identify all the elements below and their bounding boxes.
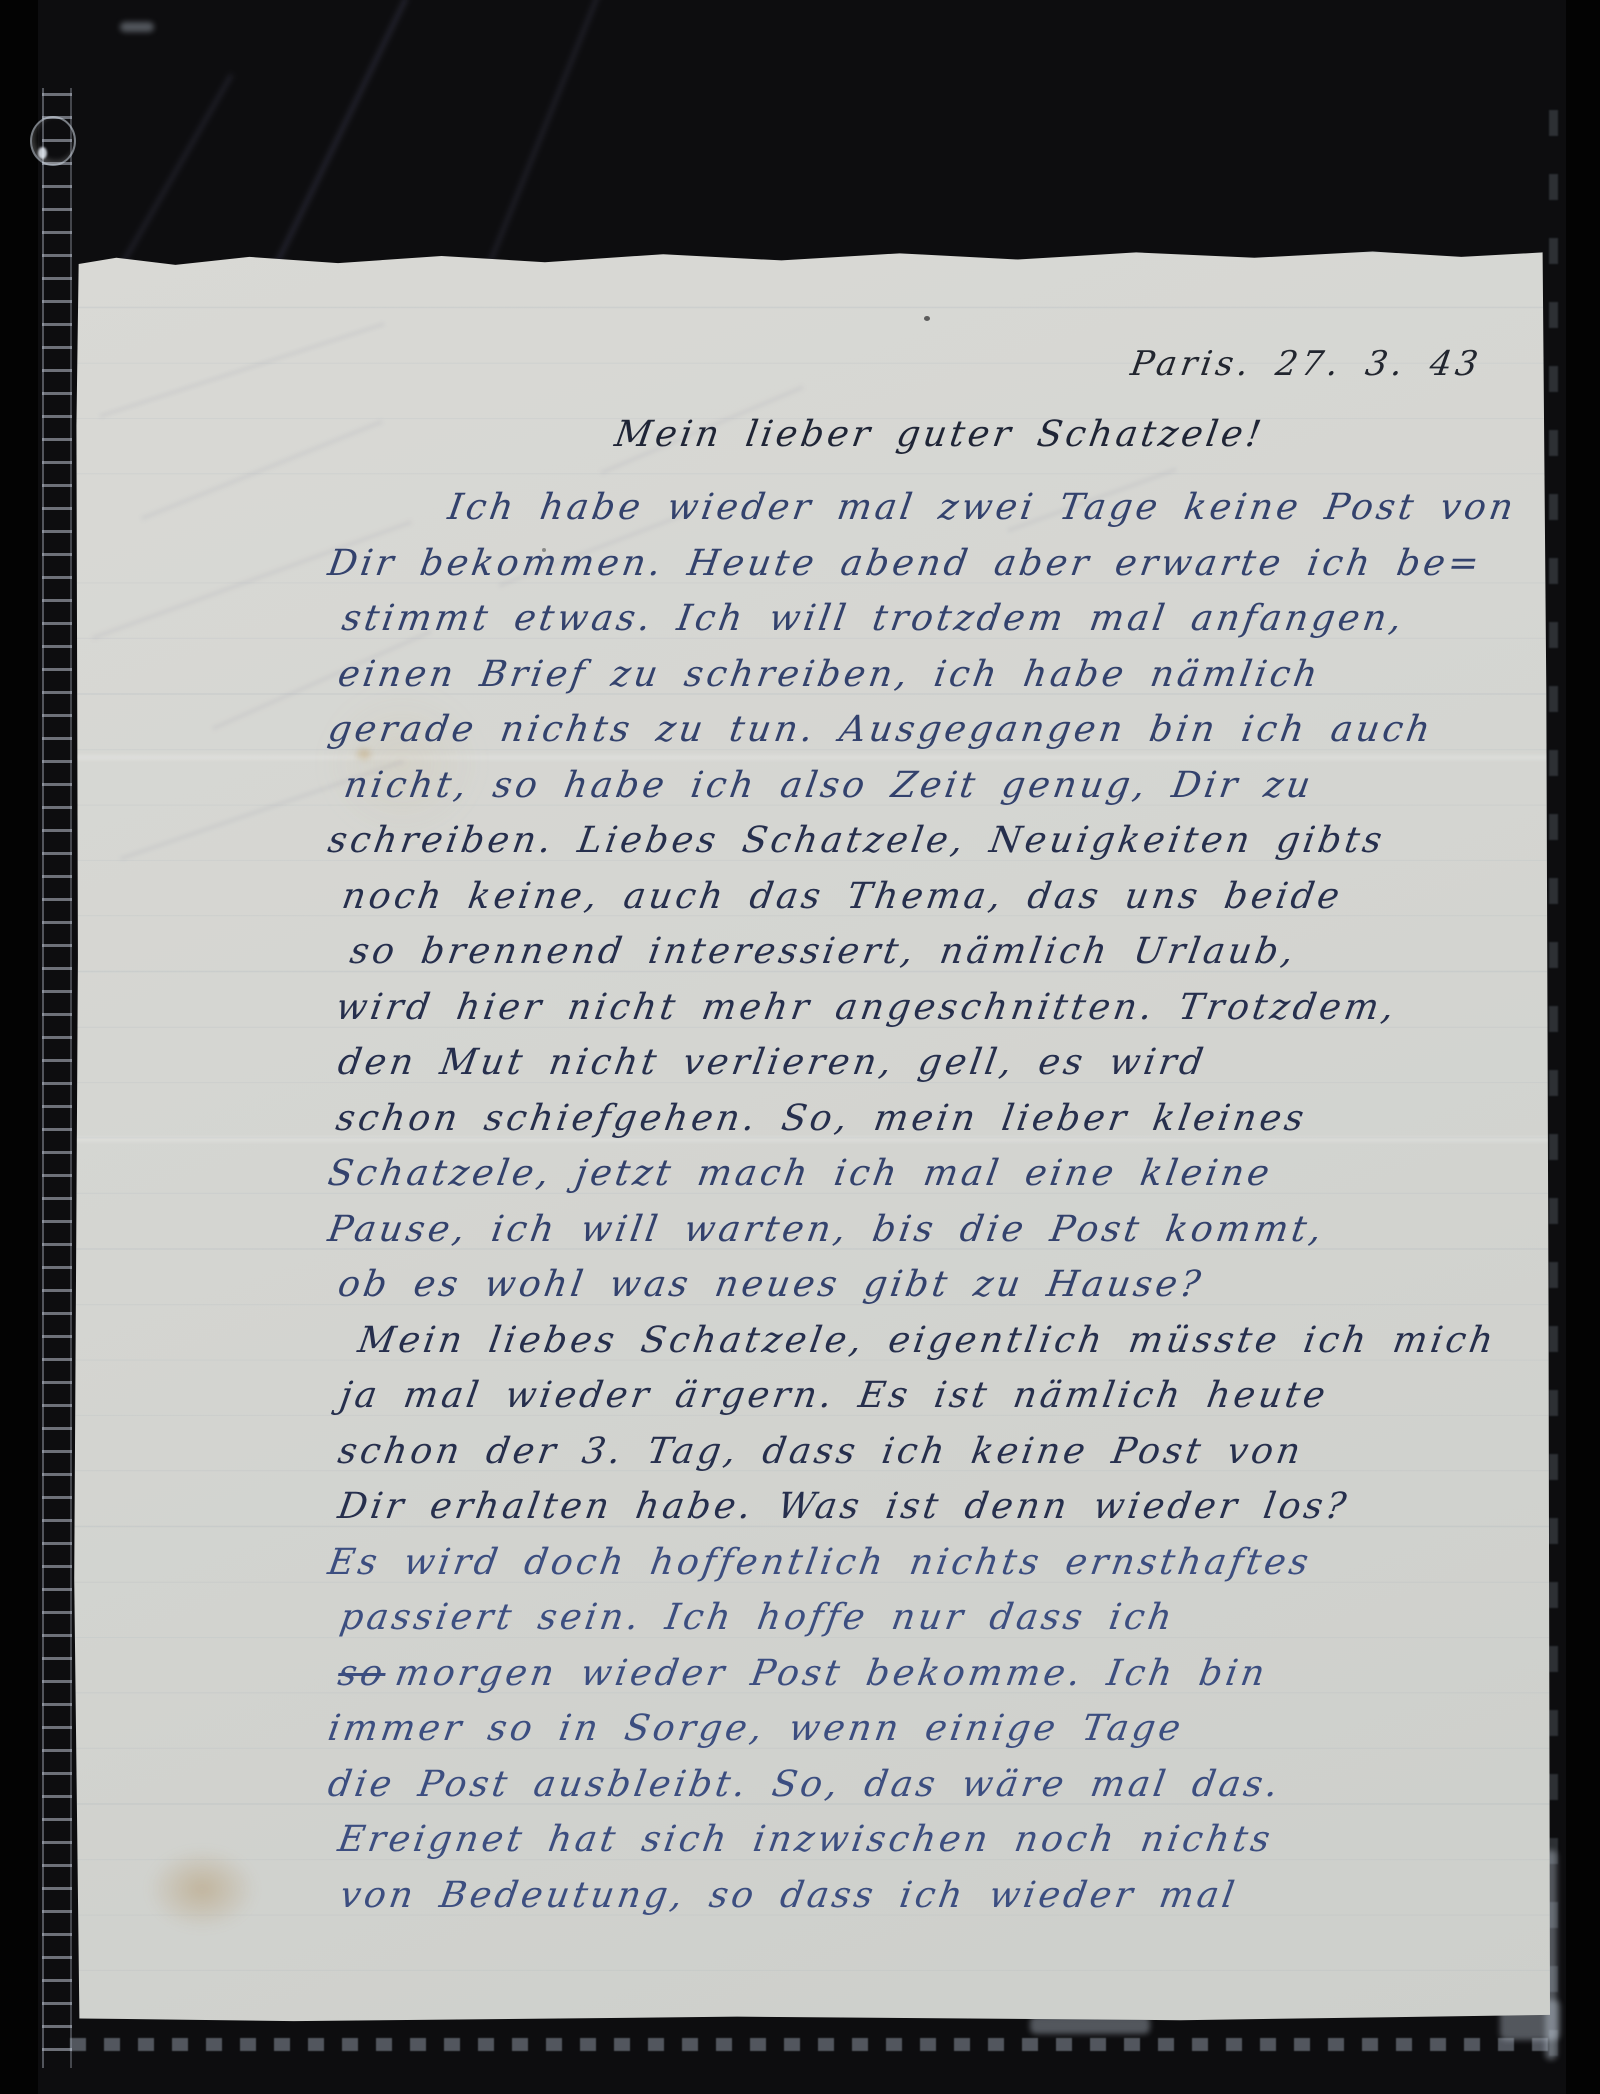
handwritten-line: Pause, ich will warten, bis die Post kom… [324,1202,1529,1258]
handwritten-line: passiert sein. Ich hoffe nur dass ich [324,1590,1541,1646]
air-bubble [30,116,76,166]
paper-stain [147,1848,257,1930]
sleeve-bottom-seam [70,2038,1564,2051]
handwritten-line: Es wird doch hoffentlich nichts ernsthaf… [324,1535,1529,1591]
salutation-line: Mein lieber guter Schatzele! [612,412,1261,455]
paper-speck [924,316,930,321]
handwritten-line: Dir bekommen. Heute abend aber erwarte i… [324,536,1529,592]
handwritten-line: ja mal wieder ärgern. Es ist nämlich heu… [324,1368,1541,1424]
salutation-text: Mein lieber guter Schatzele! [612,414,1267,455]
handwritten-line: den Mut nicht verlieren, gell, es wird [324,1035,1539,1091]
handwritten-line: immer so in Sorge, wenn einige Tage [324,1701,1529,1757]
sleeve-right-edge [1549,110,1558,2060]
bubble-glint [38,147,47,159]
handwritten-line: Schatzele, jetzt mach ich mal eine klein… [324,1146,1529,1202]
handwritten-line: stimmt etwas. Ich will trotzdem mal anfa… [324,591,1543,647]
date-text: Paris. 27. 3. 43 [1128,344,1485,384]
handwritten-line: noch keine, auch das Thema, das uns beid… [324,869,1543,925]
handwritten-line: Mein liebes Schatzele, eigentlich müsste… [324,1313,1559,1369]
handwritten-line: ob es wohl was neues gibt zu Hause? [324,1257,1539,1313]
line-with-strikethrough: somorgen wieder Post bekomme. Ich bin [334,1646,1272,1702]
handwritten-line: von Bedeutung, so dass ich wieder mal [324,1868,1541,1924]
date-line: Paris. 27. 3. 43 [1128,344,1478,384]
sleeve-left-seam [42,88,72,2068]
handwritten-line: Dir erhalten habe. Was ist denn wieder l… [324,1479,1539,1535]
handwritten-line: Ich habe wieder mal zwei Tage keine Post… [324,480,1600,536]
handwritten-line: schreiben. Liebes Schatzele, Neuigkeiten… [324,813,1529,869]
handwritten-line: so brennend interessiert, nämlich Urlaub… [324,924,1551,980]
handwritten-line: Ereignet hat sich inzwischen noch nichts [324,1812,1539,1868]
handwritten-line: gerade nichts zu tun. Ausgegangen bin ic… [324,702,1529,758]
handwritten-line: nicht, so habe ich also Zeit genug, Dir … [324,758,1545,814]
handwritten-line: die Post ausbleibt. So, das wäre mal das… [324,1757,1529,1813]
ink-showthrough [99,322,386,419]
handwritten-line: schon der 3. Tag, dass ich keine Post vo… [324,1424,1539,1480]
handwritten-line: somorgen wieder Post bekomme. Ich bin [324,1646,1539,1702]
sleeve-gloss-highlight [120,22,154,32]
handwritten-line: wird hier nicht mehr angeschnitten. Trot… [324,980,1537,1036]
struck-word: so [335,1653,389,1694]
letter-page: Paris. 27. 3. 43 Mein lieber guter Schat… [72,248,1550,2022]
handwritten-line: schon schiefgehen. So, mein lieber klein… [324,1091,1537,1147]
handwritten-line: einen Brief zu schreiben, ich habe nämli… [324,647,1539,703]
photo-of-handwritten-letter: Paris. 27. 3. 43 Mein lieber guter Schat… [0,0,1600,2094]
